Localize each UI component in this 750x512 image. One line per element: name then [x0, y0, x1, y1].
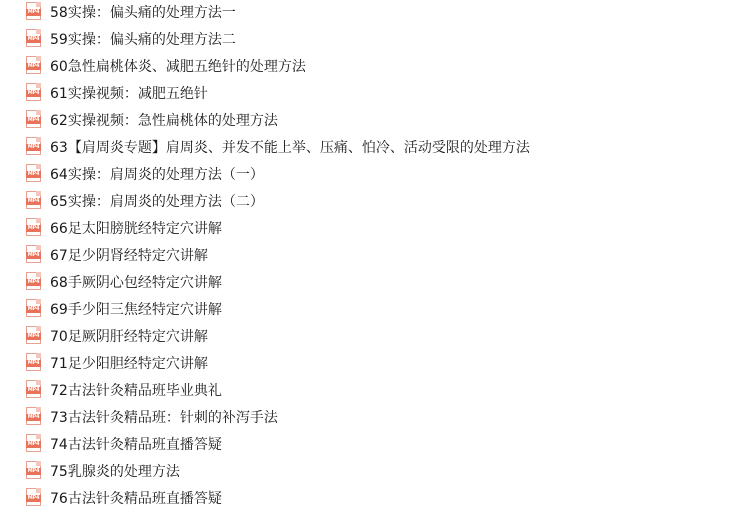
file-fold-corner [36, 380, 41, 385]
file-fold-corner [36, 164, 41, 169]
mp4-badge: MP4 [26, 225, 41, 232]
mp4-file-icon: MP4 [26, 380, 42, 399]
mp4-badge: MP4 [26, 306, 41, 313]
mp4-file-icon: MP4 [26, 434, 42, 453]
mp4-file-icon: MP4 [26, 218, 42, 237]
mp4-badge: MP4 [26, 117, 41, 124]
mp4-file-icon: MP4 [26, 29, 42, 48]
mp4-badge: MP4 [26, 90, 41, 97]
mp4-file-icon: MP4 [26, 83, 42, 102]
mp4-badge: MP4 [26, 441, 41, 448]
file-name: 73古法针灸精品班：针刺的补泻手法 [50, 407, 278, 427]
file-name: 61实操视频：减肥五绝针 [50, 83, 208, 103]
file-name: 59实操：偏头痛的处理方法二 [50, 29, 236, 49]
file-fold-corner [36, 191, 41, 196]
mp4-file-icon: MP4 [26, 137, 42, 156]
mp4-file-icon: MP4 [26, 407, 42, 426]
file-name: 71足少阳胆经特定穴讲解 [50, 353, 208, 373]
file-item[interactable]: MP465实操：肩周炎的处理方法（二） [0, 187, 750, 214]
file-name: 63【肩周炎专题】肩周炎、并发不能上举、压痛、怕冷、活动受限的处理方法 [50, 137, 530, 157]
file-fold-corner [36, 83, 41, 88]
file-fold-corner [36, 245, 41, 250]
file-item[interactable]: MP466足太阳膀胱经特定穴讲解 [0, 214, 750, 241]
mp4-badge: MP4 [26, 495, 41, 502]
file-name: 64实操：肩周炎的处理方法（一） [50, 164, 264, 184]
file-fold-corner [36, 461, 41, 466]
mp4-file-icon: MP4 [26, 488, 42, 507]
file-fold-corner [36, 299, 41, 304]
file-name: 62实操视频：急性扁桃体的处理方法 [50, 110, 278, 130]
file-name: 67足少阴肾经特定穴讲解 [50, 245, 208, 265]
mp4-file-icon: MP4 [26, 2, 42, 21]
file-name: 70足厥阴肝经特定穴讲解 [50, 326, 208, 346]
file-item[interactable]: MP459实操：偏头痛的处理方法二 [0, 25, 750, 52]
mp4-badge: MP4 [26, 360, 41, 367]
mp4-badge: MP4 [26, 333, 41, 340]
file-name: 68手厥阴心包经特定穴讲解 [50, 272, 222, 292]
mp4-file-icon: MP4 [26, 272, 42, 291]
file-fold-corner [36, 110, 41, 115]
mp4-badge: MP4 [26, 414, 41, 421]
file-name: 74古法针灸精品班直播答疑 [50, 434, 222, 454]
file-item[interactable]: MP473古法针灸精品班：针刺的补泻手法 [0, 403, 750, 430]
mp4-badge: MP4 [26, 36, 41, 43]
file-fold-corner [36, 137, 41, 142]
file-name: 66足太阳膀胱经特定穴讲解 [50, 218, 222, 238]
mp4-file-icon: MP4 [26, 461, 42, 480]
mp4-file-icon: MP4 [26, 56, 42, 75]
file-item[interactable]: MP472古法针灸精品班毕业典礼 [0, 376, 750, 403]
file-fold-corner [36, 2, 41, 7]
mp4-badge: MP4 [26, 63, 41, 70]
mp4-file-icon: MP4 [26, 353, 42, 372]
file-fold-corner [36, 29, 41, 34]
file-item[interactable]: MP469手少阳三焦经特定穴讲解 [0, 295, 750, 322]
file-item[interactable]: MP468手厥阴心包经特定穴讲解 [0, 268, 750, 295]
file-fold-corner [36, 218, 41, 223]
file-fold-corner [36, 407, 41, 412]
mp4-file-icon: MP4 [26, 110, 42, 129]
file-fold-corner [36, 272, 41, 277]
mp4-badge: MP4 [26, 468, 41, 475]
file-item[interactable]: MP458实操：偏头痛的处理方法一 [0, 0, 750, 25]
file-name: 72古法针灸精品班毕业典礼 [50, 380, 222, 400]
mp4-file-icon: MP4 [26, 326, 42, 345]
mp4-badge: MP4 [26, 279, 41, 286]
file-item[interactable]: MP460急性扁桃体炎、减肥五绝针的处理方法 [0, 52, 750, 79]
file-fold-corner [36, 434, 41, 439]
file-fold-corner [36, 488, 41, 493]
file-fold-corner [36, 353, 41, 358]
file-fold-corner [36, 56, 41, 61]
mp4-file-icon: MP4 [26, 191, 42, 210]
file-list: MP458实操：偏头痛的处理方法一MP459实操：偏头痛的处理方法二MP460急… [0, 0, 750, 511]
file-name: 69手少阳三焦经特定穴讲解 [50, 299, 222, 319]
mp4-badge: MP4 [26, 198, 41, 205]
file-item[interactable]: MP470足厥阴肝经特定穴讲解 [0, 322, 750, 349]
file-item[interactable]: MP462实操视频：急性扁桃体的处理方法 [0, 106, 750, 133]
file-name: 76古法针灸精品班直播答疑 [50, 488, 222, 508]
file-item[interactable]: MP461实操视频：减肥五绝针 [0, 79, 750, 106]
file-item[interactable]: MP467足少阴肾经特定穴讲解 [0, 241, 750, 268]
mp4-badge: MP4 [26, 252, 41, 259]
mp4-file-icon: MP4 [26, 245, 42, 264]
file-fold-corner [36, 326, 41, 331]
mp4-badge: MP4 [26, 144, 41, 151]
file-item[interactable]: MP464实操：肩周炎的处理方法（一） [0, 160, 750, 187]
file-item[interactable]: MP463【肩周炎专题】肩周炎、并发不能上举、压痛、怕冷、活动受限的处理方法 [0, 133, 750, 160]
file-item[interactable]: MP471足少阳胆经特定穴讲解 [0, 349, 750, 376]
mp4-badge: MP4 [26, 9, 41, 16]
file-name: 75乳腺炎的处理方法 [50, 461, 180, 481]
file-item[interactable]: MP476古法针灸精品班直播答疑 [0, 484, 750, 511]
file-item[interactable]: MP474古法针灸精品班直播答疑 [0, 430, 750, 457]
file-name: 65实操：肩周炎的处理方法（二） [50, 191, 264, 211]
mp4-file-icon: MP4 [26, 299, 42, 318]
mp4-badge: MP4 [26, 387, 41, 394]
file-name: 60急性扁桃体炎、减肥五绝针的处理方法 [50, 56, 306, 76]
file-item[interactable]: MP475乳腺炎的处理方法 [0, 457, 750, 484]
file-name: 58实操：偏头痛的处理方法一 [50, 2, 236, 22]
mp4-file-icon: MP4 [26, 164, 42, 183]
mp4-badge: MP4 [26, 171, 41, 178]
